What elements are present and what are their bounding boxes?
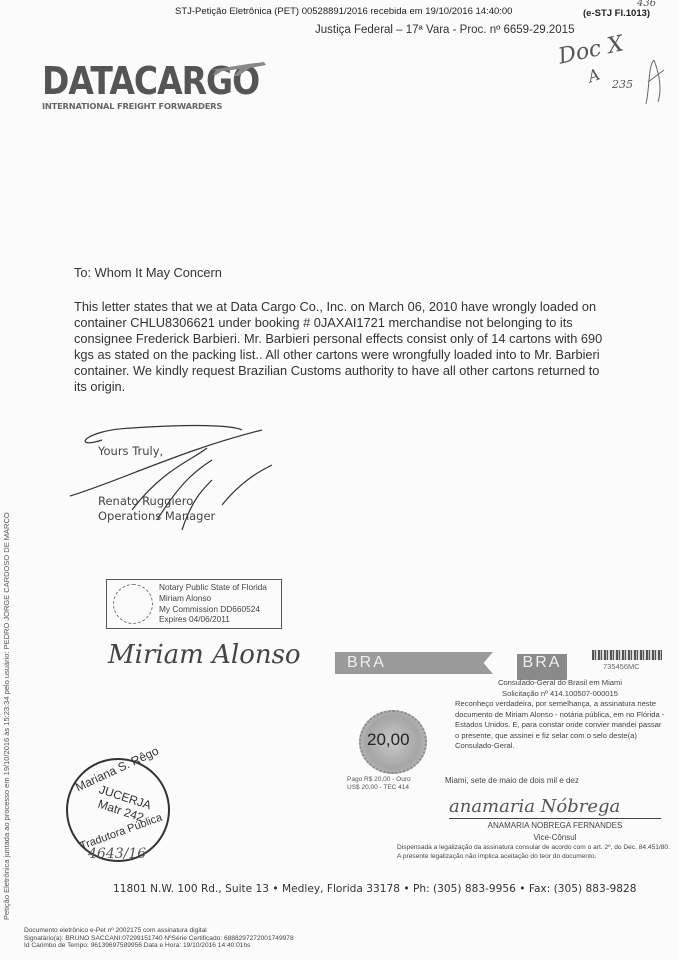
notary-seal-icon bbox=[113, 584, 153, 624]
handwritten-folio: 235 bbox=[612, 78, 633, 91]
side-filing-stamp: Petição Eletrônica juntada ao processo e… bbox=[2, 512, 11, 920]
petition-header: STJ-Petição Eletrônica (PET) 00528891/20… bbox=[175, 6, 512, 17]
company-address: 11801 N.W. 100 Rd., Suite 13 • Medley, F… bbox=[113, 883, 637, 895]
notary-details: Notary Public State of Florida Miriam Al… bbox=[159, 582, 267, 625]
vice-consul-name: ANAMARIA NOBREGA FERNANDES bbox=[455, 821, 655, 830]
notary-line: Miriam Alonso bbox=[159, 593, 267, 604]
ribbon-bra-left: BRA bbox=[335, 652, 493, 674]
place-date: Miami, sete de maio de dois mil e dez bbox=[445, 776, 579, 785]
digital-signature-info: Documento eletrônico e-Pet nº 2002175 co… bbox=[24, 927, 294, 950]
notary-signature: Miriam Alonso bbox=[108, 640, 301, 670]
vice-consul-title: Vice-Cônsul bbox=[455, 833, 655, 842]
handwritten-doc-label: Doc X bbox=[556, 31, 626, 69]
consular-text: Consulado-Geral do Brasil em Miami Solic… bbox=[455, 678, 665, 752]
handwritten-doc-sub: A bbox=[585, 65, 602, 87]
consular-legalization: BRA BRA 735456MC 20,00 Pago R$ 20,00 - O… bbox=[315, 648, 670, 858]
handwritten-translation-number: 4643/16 bbox=[88, 846, 146, 862]
handwritten-initials-icon bbox=[640, 56, 668, 106]
notary-line: Expires 04/06/2011 bbox=[159, 614, 267, 625]
legalization-disclaimer: Dispensada a legalização da assinatura c… bbox=[397, 844, 670, 861]
notary-stamp: Notary Public State of Florida Miriam Al… bbox=[106, 579, 282, 629]
ribbon-bra-right: BRA bbox=[517, 654, 567, 680]
fee-details: Pago R$ 20,00 - Ouro US$ 20,00 - TEC 414 bbox=[347, 776, 411, 792]
letter-body: This letter states that we at Data Cargo… bbox=[74, 299, 614, 395]
salutation: To: Whom It May Concern bbox=[74, 265, 222, 280]
consular-serial: 735456MC bbox=[603, 662, 640, 671]
barcode-icon bbox=[592, 650, 662, 660]
closing: Yours Truly, bbox=[98, 444, 163, 458]
signer-title: Operations Manager bbox=[98, 509, 215, 523]
page-id: (e-STJ Fl.1013) bbox=[583, 8, 650, 19]
vice-consul-signature: anamaria Nóbrega bbox=[449, 796, 661, 819]
handwritten-page-number: 436 bbox=[637, 0, 656, 9]
court-reference: Justiça Federal – 17ª Vara - Proc. nº 66… bbox=[315, 24, 574, 36]
fee-seal-icon: 20,00 bbox=[359, 710, 427, 774]
notary-line: My Commission DD660524 bbox=[159, 604, 267, 615]
notary-line: Notary Public State of Florida bbox=[159, 582, 267, 593]
airplane-icon bbox=[208, 56, 268, 78]
signer-name: Renato Ruggiero bbox=[98, 494, 193, 508]
